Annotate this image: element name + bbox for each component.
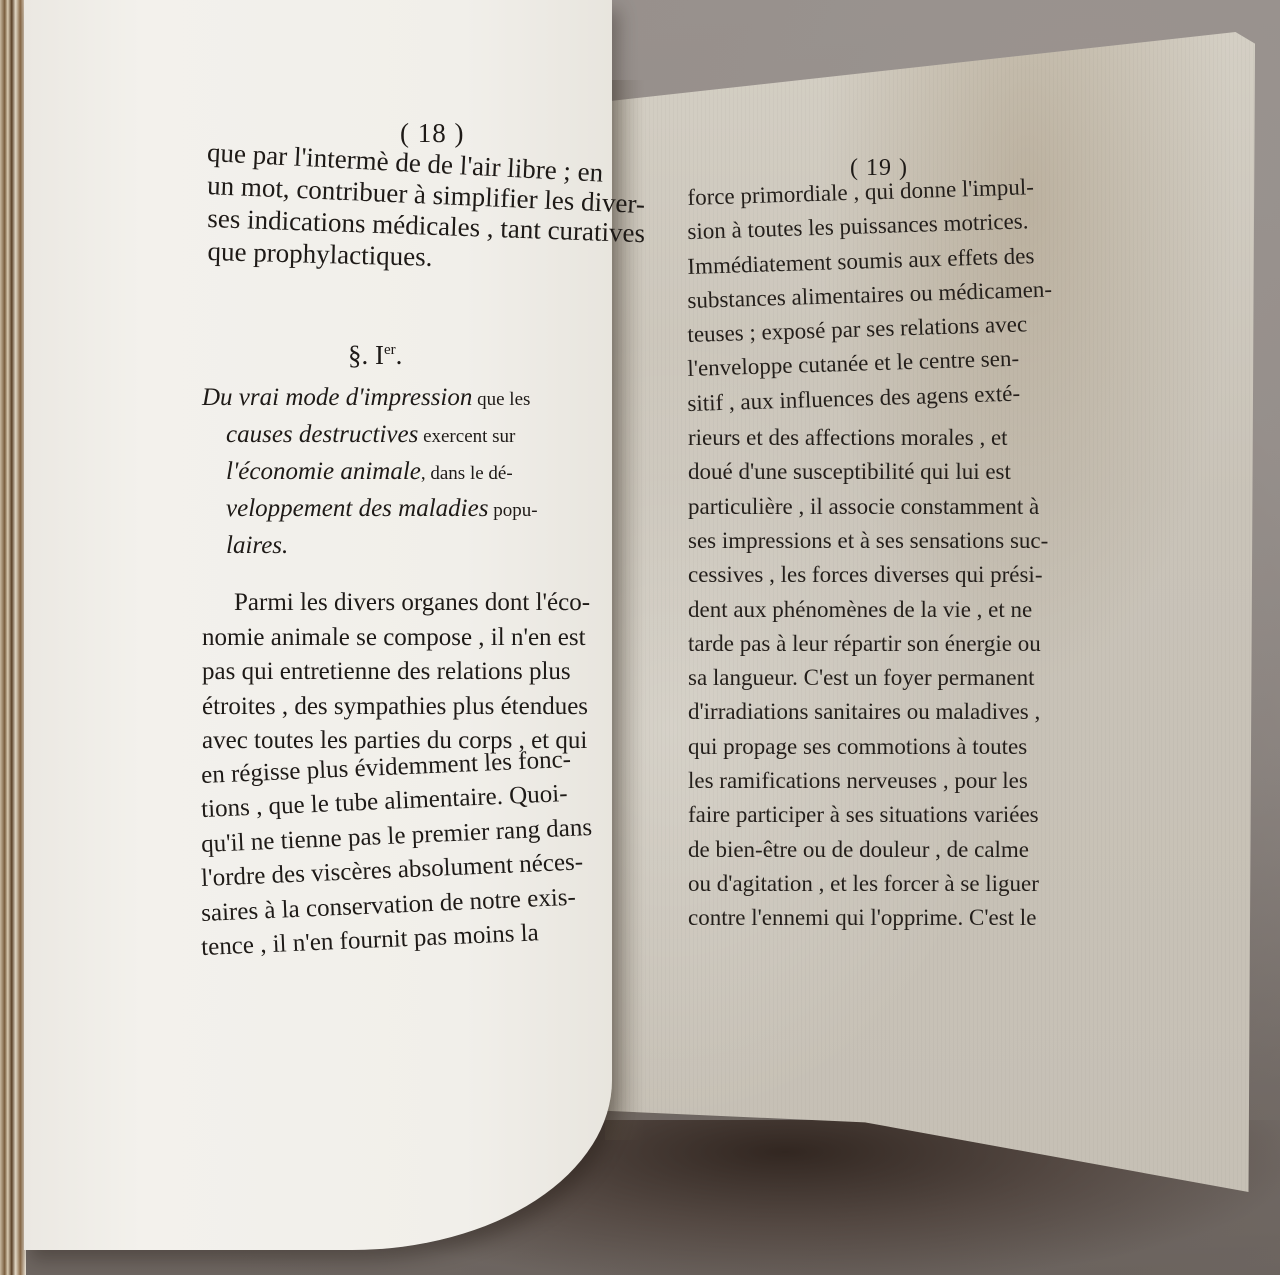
text-line: Parmi les divers organes dont l'éco- [202,586,593,621]
heading-italic: laires. [226,532,288,559]
heading-small: , dans le dé- [421,463,513,484]
heading-italic: l'économie animale [226,458,421,485]
heading-line: l'économie animale, dans le dé- [202,454,538,491]
heading-small: exercent sur [418,426,515,447]
text-line: faire participer à ses situations variée… [688,798,1053,832]
text-line: les ramifications nerveuses , pour les [688,764,1053,798]
text-line: tarde pas à leur répartir son énergie ou [688,627,1053,661]
heading-italic: veloppement des maladies [226,495,488,522]
text-line: d'irradiations sanitaires ou maladives , [688,695,1053,729]
left-paragraph: Parmi les divers organes dont l'éco- nom… [202,586,593,966]
section-heading-mark: §. Ier. [348,340,402,371]
text-line: de bien-être ou de douleur , de calme [688,833,1053,867]
text-line: sa langueur. C'est un foyer permanent [688,661,1053,695]
book-page-edges [0,0,26,1275]
text-line: pas qui entretienne des relations plus [202,655,593,690]
text-line: cessives , les forces diverses qui prési… [688,558,1053,592]
heading-line: laires. [202,528,538,565]
section-superscript: er [384,342,396,358]
section-period: . [396,340,403,370]
text-line: rieurs et des affections morales , et [688,421,1053,455]
heading-italic: causes destructives [226,421,418,448]
heading-line: Du vrai mode d'impression que les [202,380,538,417]
section-symbol: §. I [348,340,384,370]
left-opening-lines: que par l'intermè de de l'air libre ; en… [208,136,646,268]
text-line: ou d'agitation , et les forcer à se ligu… [688,867,1053,901]
text-line: dent aux phénomènes de la vie , et ne [688,593,1053,627]
heading-small: que les [472,389,530,410]
text-line: qui propage ses commotions à toutes [688,730,1053,764]
text-line: contre l'ennemi qui l'opprime. C'est le [688,901,1053,935]
heading-line: causes destructives exercent sur [202,417,538,454]
text-line: doué d'une susceptibilité qui lui est [688,455,1053,489]
heading-small: popu- [488,500,537,521]
text-line: particulière , il associe constamment à [688,490,1053,524]
text-line: nomie animale se compose , il n'en est [202,621,593,656]
text-line: ses impressions et à ses sensations suc- [688,524,1053,558]
section-title: Du vrai mode d'impression que les causes… [202,380,538,565]
right-paragraph: force primordiale , qui donne l'impul- s… [688,181,1053,936]
heading-italic: Du vrai mode d'impression [202,384,472,411]
heading-line: veloppement des maladies popu- [202,491,538,528]
text-line: étroites , des sympathies plus étendues [202,690,593,725]
